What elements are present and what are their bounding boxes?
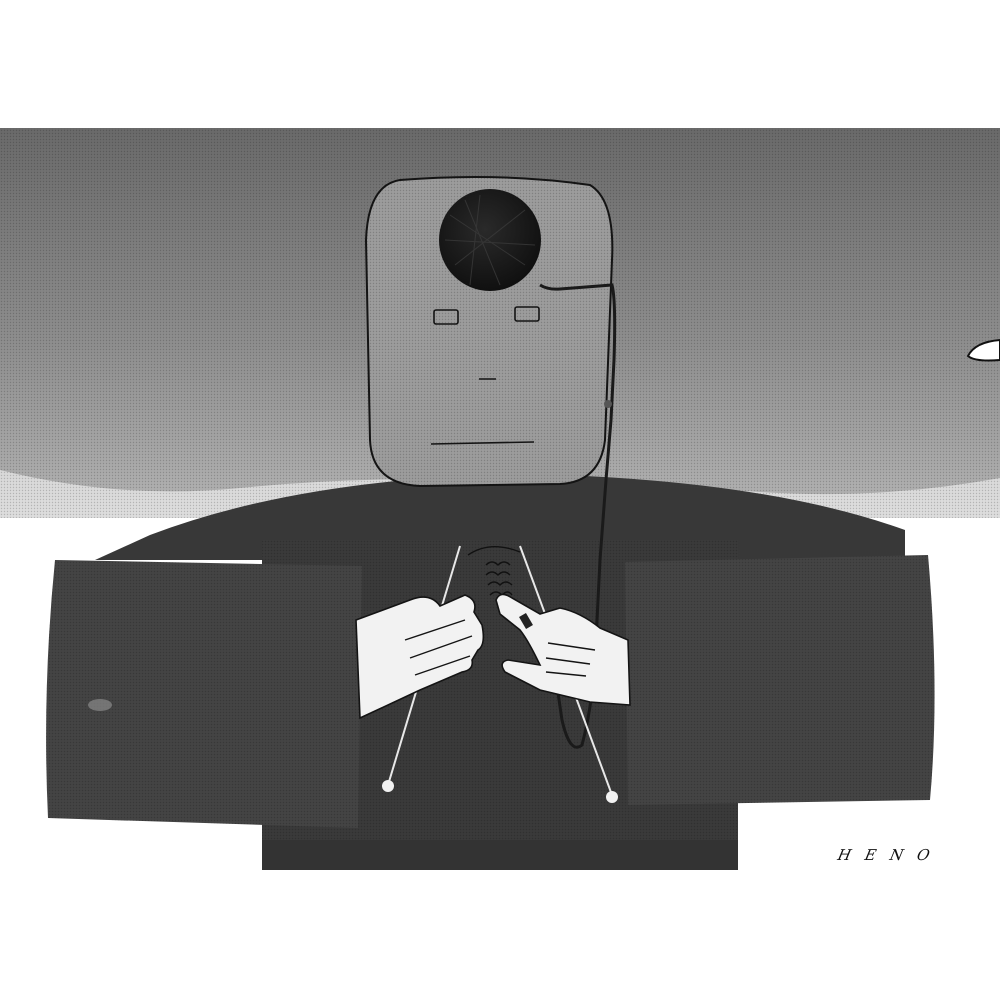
yarn-knot (604, 400, 612, 408)
robe-hem (262, 840, 738, 870)
artist-signature: HENO (836, 846, 945, 864)
ball-of-yarn (439, 189, 541, 291)
